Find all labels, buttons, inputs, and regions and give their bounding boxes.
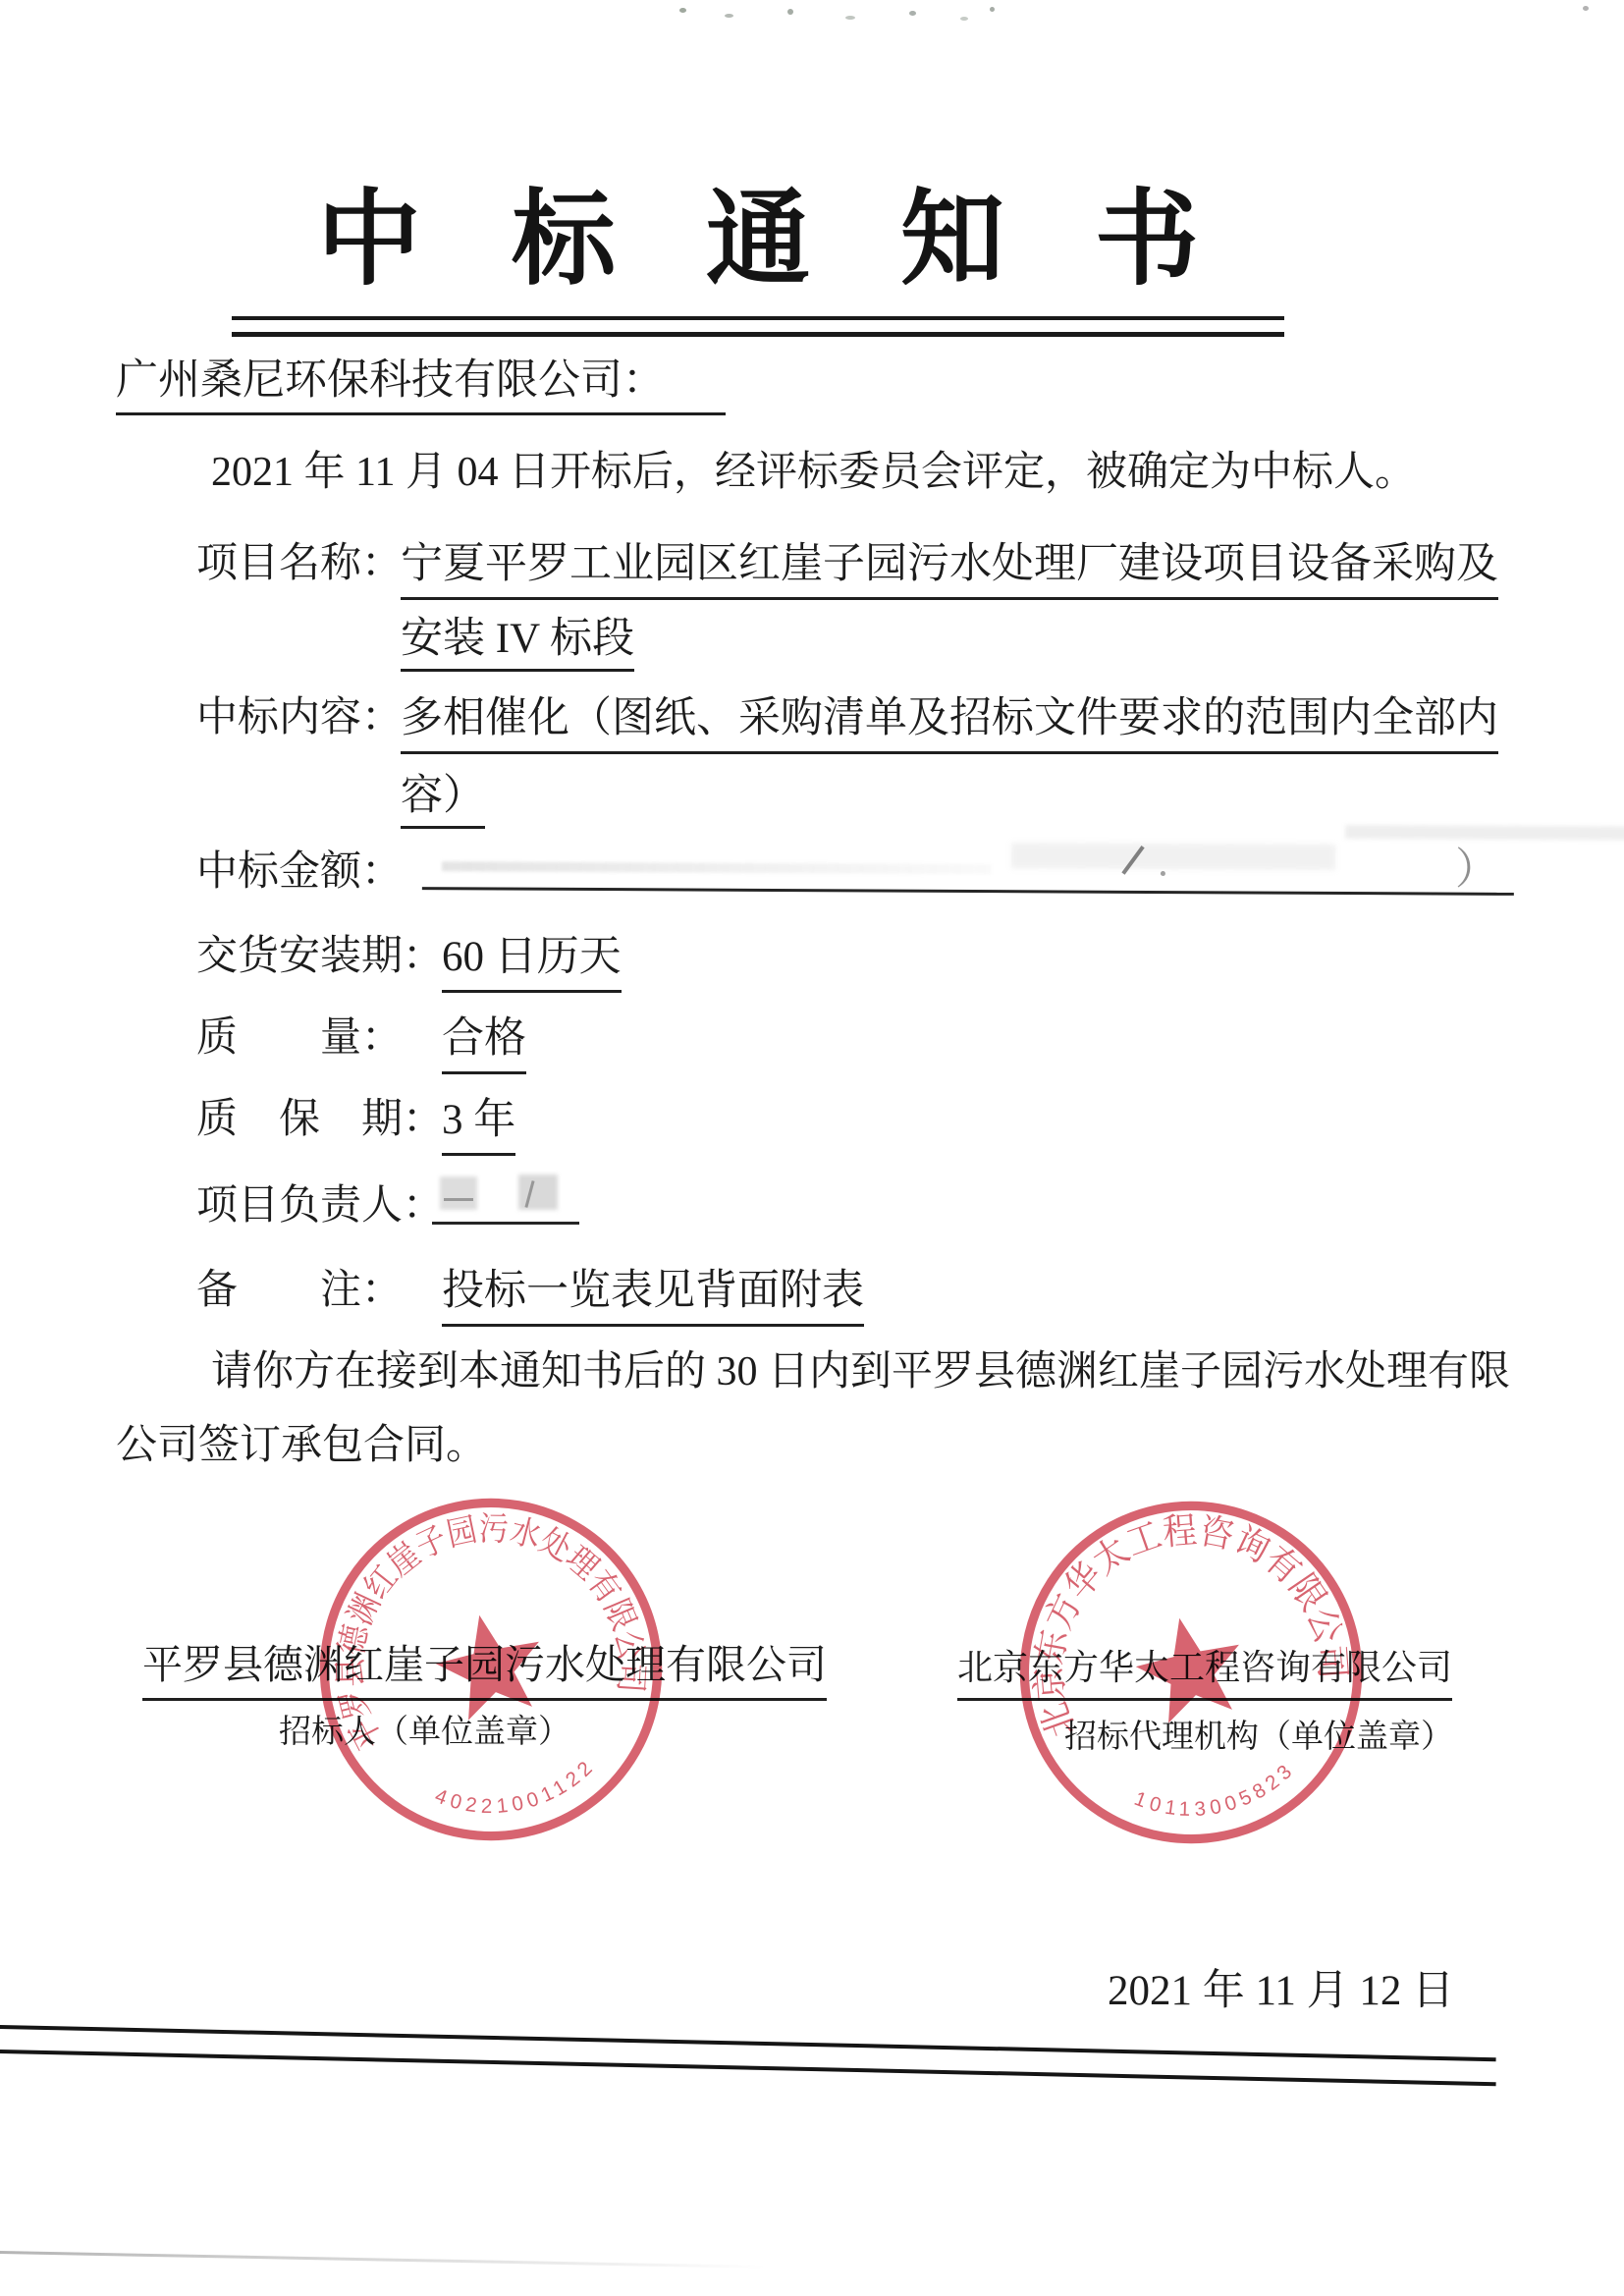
- field-value: 3 年: [442, 1086, 515, 1156]
- redaction-ink-trace: [1121, 846, 1144, 875]
- noise-speck: [960, 17, 968, 21]
- noise-speck: [725, 14, 733, 18]
- addressee: 广州桑尼环保科技有限公司：: [116, 357, 726, 415]
- intro-paragraph: 2021 年 11 月 04 日开标后，经评标委员会评定，被确定为中标人。: [211, 448, 1416, 497]
- field-value: 60 日历天: [442, 923, 622, 993]
- field-row-project-name: 项目名称： 宁夏平罗工业园区红崖子园污水处理厂建设项目设备采购及: [196, 530, 403, 589]
- field-row-award-content-cont: 容）: [401, 762, 485, 822]
- redaction-smudge: [518, 1175, 558, 1210]
- noise-speck: [787, 9, 793, 15]
- redacted-amount-area: ）: [422, 832, 1514, 896]
- official-stamp-right: 北京东方华太工程咨询有限公司 1101130058233: [1009, 1491, 1373, 1854]
- noise-speck: [909, 11, 916, 16]
- field-label: 中标内容：: [196, 695, 403, 740]
- field-row-delivery-period: 交货安装期： 60 日历天: [196, 923, 444, 982]
- field-label: 质 保 期：: [196, 1097, 444, 1142]
- addressee-line: 广州桑尼环保科技有限公司：: [116, 355, 726, 407]
- document-date: 2021 年 11 月 12 日: [1108, 1966, 1454, 2017]
- closing-paragraph-line2: 公司签订承包合同。: [116, 1421, 487, 1470]
- redaction-smudge: [1011, 843, 1335, 870]
- field-label: 质 量：: [196, 1015, 403, 1061]
- title-underline-top: [232, 316, 1284, 320]
- scanned-award-notice-page: 中标通知书 广州桑尼环保科技有限公司： 2021 年 11 月 04 日开标后，…: [0, 0, 1624, 2296]
- field-row-quality: 质 量： 合格: [196, 1005, 403, 1064]
- amount-visible-fragment: ）: [1455, 834, 1498, 897]
- redacted-manager-name: [432, 1171, 579, 1225]
- field-label: 中标金额：: [196, 849, 403, 895]
- field-value: 合格: [442, 1005, 526, 1074]
- field-value: 多相催化（图纸、采购清单及招标文件要求的范围内全部内: [401, 684, 1498, 754]
- redaction-ink-trace: [1161, 871, 1165, 876]
- noise-speck: [990, 7, 995, 12]
- field-value: 安装 IV 标段: [401, 616, 634, 672]
- stamp-star-icon: [428, 1605, 552, 1724]
- field-row-warranty: 质 保 期： 3 年: [196, 1086, 444, 1145]
- title-underline-bottom: [232, 332, 1284, 337]
- field-value: 容）: [401, 773, 485, 829]
- noise-speck: [1583, 6, 1589, 11]
- field-value: 投标一览表见背面附表: [442, 1257, 864, 1327]
- field-row-project-manager: 项目负责人：: [196, 1173, 444, 1231]
- title-block: 中标通知书: [0, 183, 1516, 298]
- redaction-ink-trace: [444, 1198, 473, 1201]
- redaction-smudge: [442, 861, 992, 874]
- noise-speck: [679, 8, 686, 13]
- page-title: 中标通知书: [317, 183, 1289, 298]
- field-row-award-amount: 中标金额：: [196, 839, 403, 898]
- redaction-ink-trace: [524, 1180, 534, 1208]
- field-label: 备 注：: [196, 1268, 403, 1313]
- field-value: 宁夏平罗工业园区红崖子园污水处理厂建设项目设备采购及: [401, 530, 1498, 600]
- stamp-star-icon: [1128, 1608, 1252, 1727]
- field-label: 交货安装期：: [196, 934, 444, 979]
- noise-speck: [845, 16, 855, 20]
- official-stamp-left: 平罗县德渊红崖子园污水处理有限公司 6402210011220: [309, 1488, 673, 1851]
- field-row-award-content: 中标内容： 多相催化（图纸、采购清单及招标文件要求的范围内全部内: [196, 684, 403, 743]
- field-label: 项目负责人：: [196, 1183, 444, 1229]
- field-row-project-name-cont: 安装 IV 标段: [401, 605, 634, 665]
- closing-paragraph-line1: 请你方在接到本通知书后的 30 日内到平罗县德渊红崖子园污水处理有限: [211, 1347, 1510, 1396]
- redaction-smudge: [440, 1176, 477, 1210]
- field-label: 项目名称：: [196, 541, 403, 586]
- bottom-faint-line: [0, 2251, 766, 2269]
- field-row-remarks: 备 注： 投标一览表见背面附表: [196, 1257, 403, 1316]
